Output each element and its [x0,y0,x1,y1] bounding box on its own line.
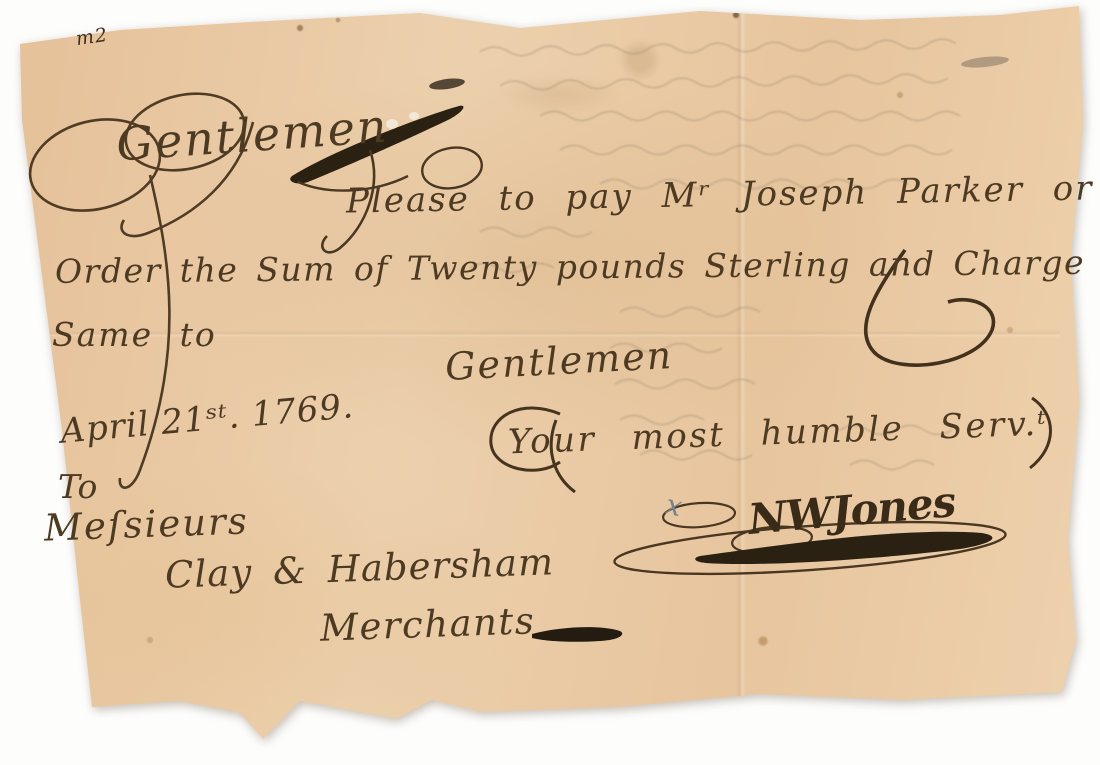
address-occupation: Merchants [319,602,535,646]
docket-annotation: m2 [75,26,109,49]
body-line-2: Order the Sum of Twenty pounds Sterling … [55,245,1100,288]
body-line-3: Same to [52,318,217,351]
address-messieurs: Meſsieurs [43,502,249,546]
vertical-fold-crease [736,10,746,710]
inside-address-line: Gentlemen [444,336,674,386]
address-to: To [58,470,97,503]
scanned-document-background: m2 Gentlemen Please to pay Mʳ Joseph Par… [0,0,1100,765]
